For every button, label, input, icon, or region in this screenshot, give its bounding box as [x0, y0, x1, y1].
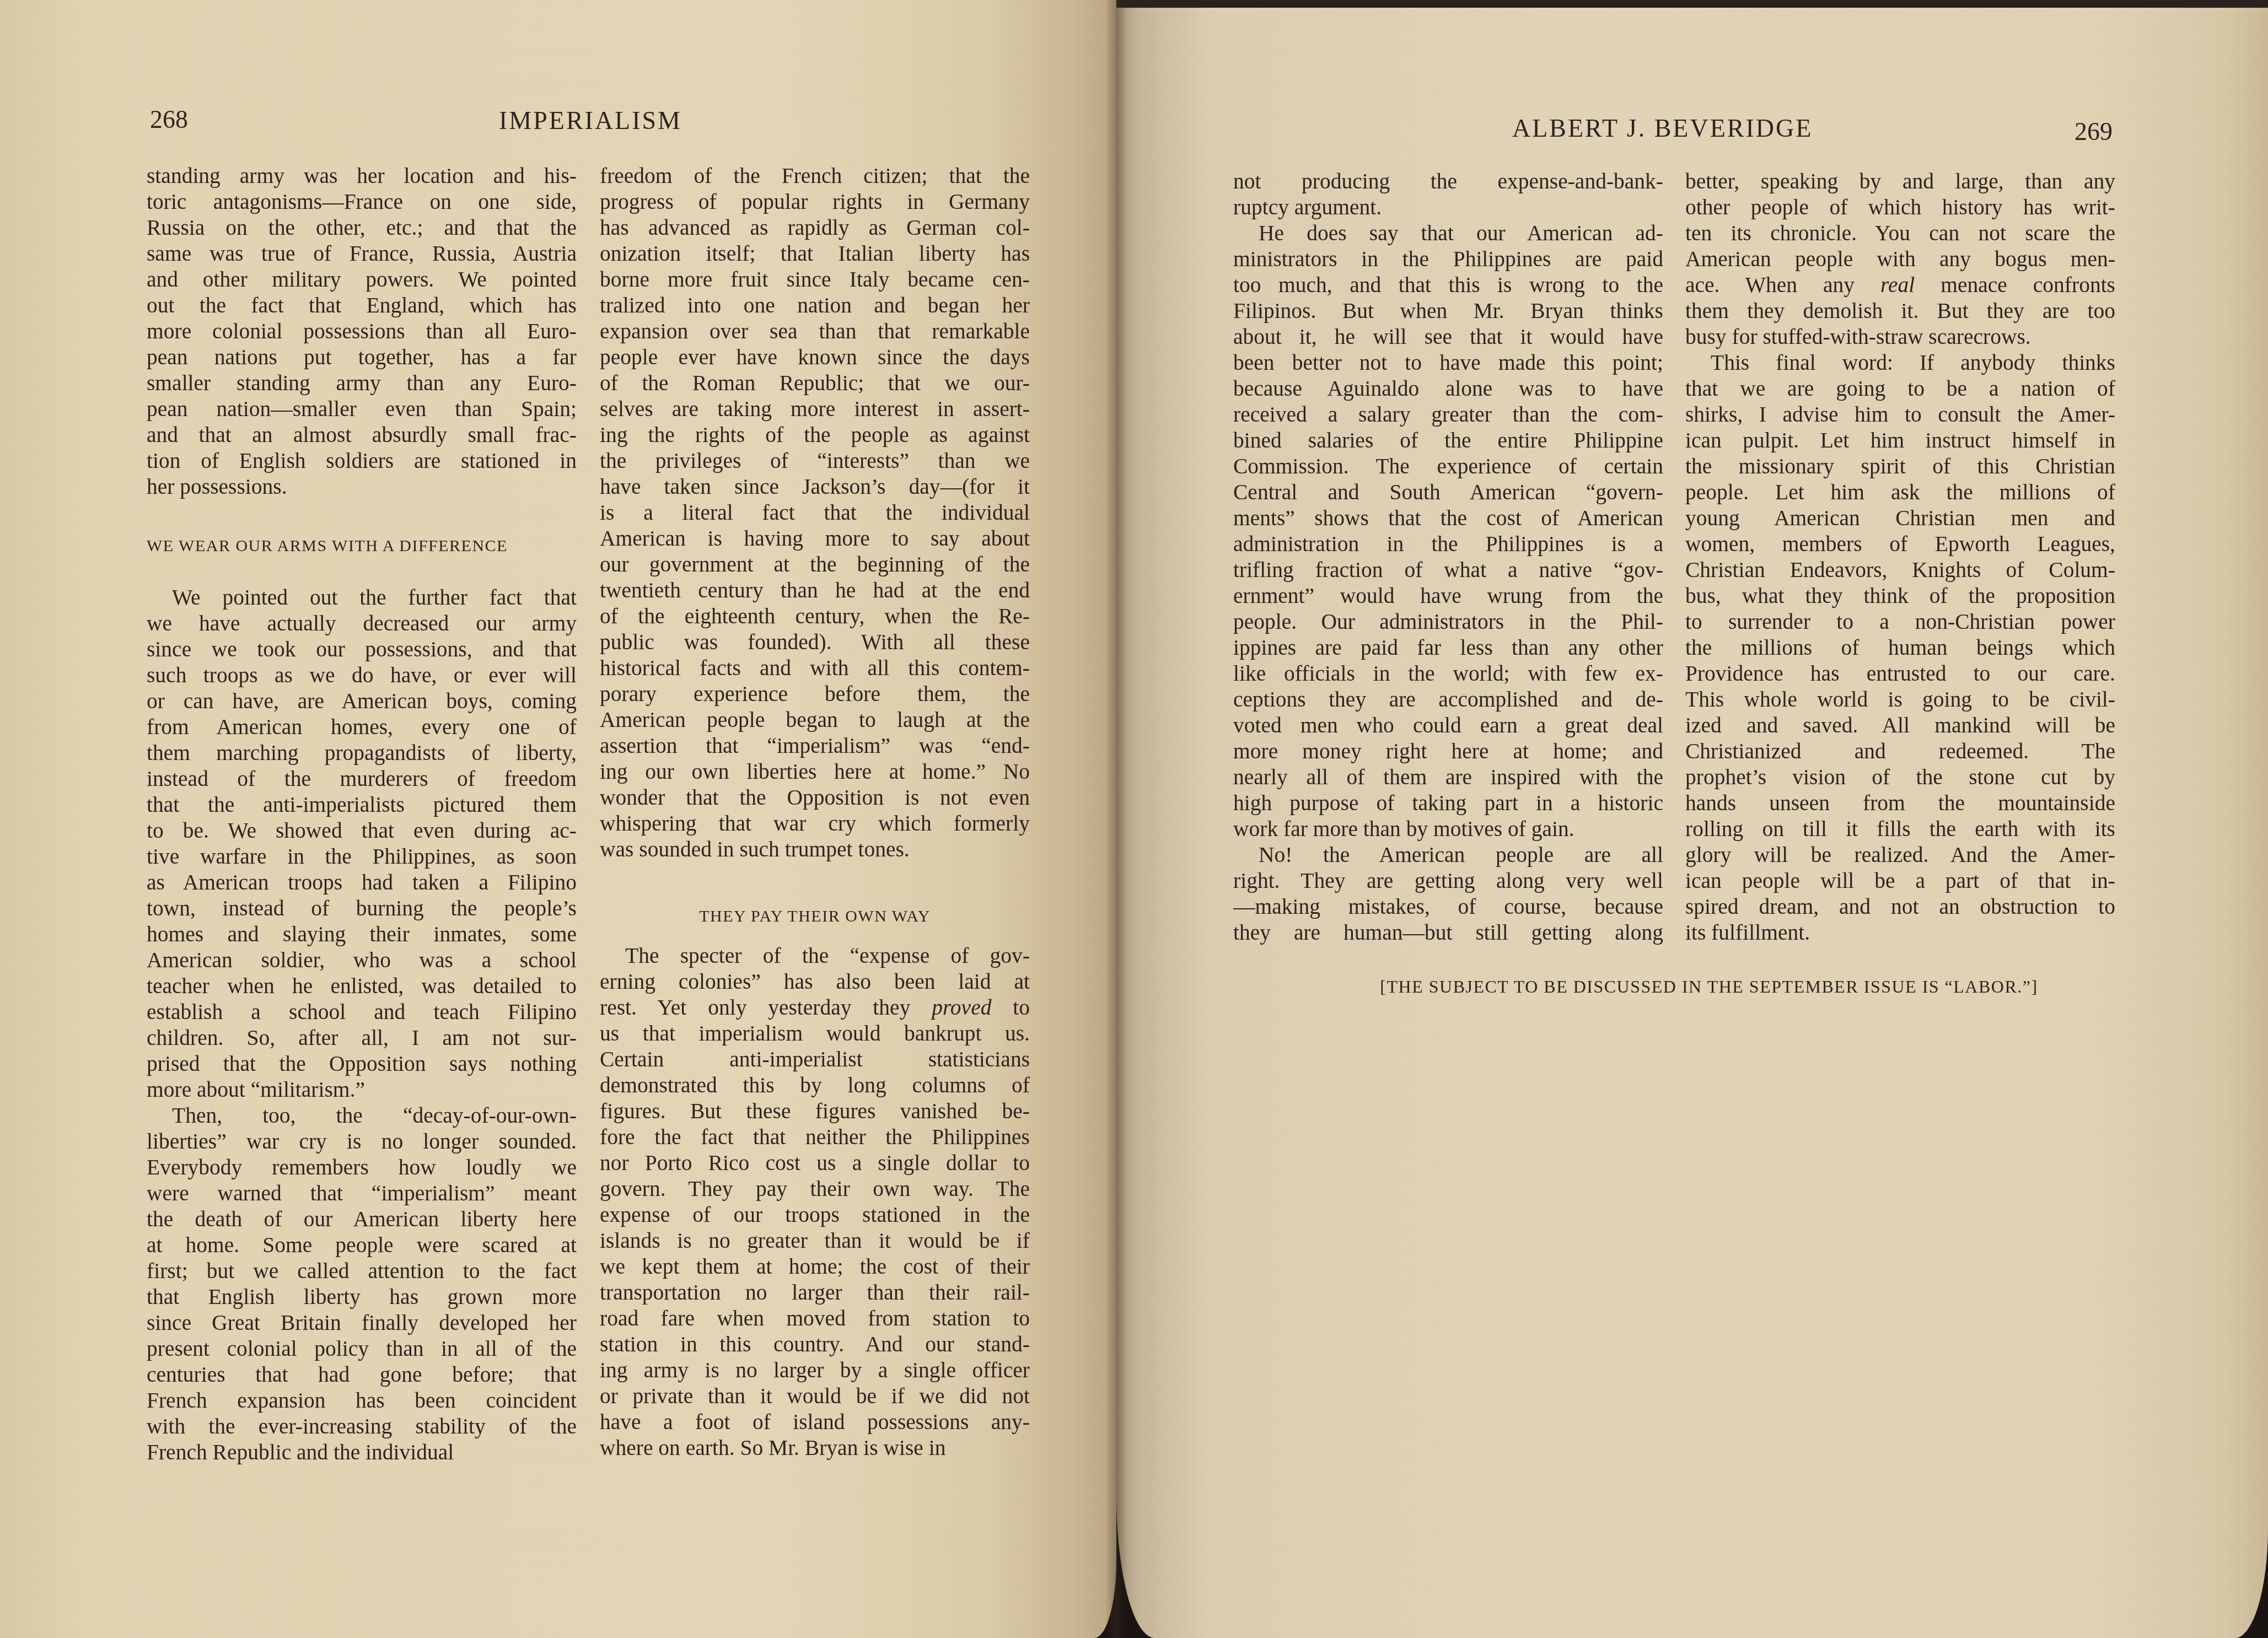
- text-line: administration in the Philippines is a: [1233, 531, 1663, 557]
- text-line: Christian Endeavors, Knights of Colum-: [1685, 557, 2115, 583]
- text-line: young American Christian men and: [1685, 505, 2115, 531]
- text-line: glory will be realized. And the Amer-: [1685, 842, 2115, 868]
- text-line: historical facts and with all this conte…: [600, 655, 1030, 681]
- text-line: islands is no greater than it would be i…: [600, 1228, 1030, 1254]
- text-line: He does say that our American ad-: [1233, 220, 1663, 246]
- text-line: have a foot of island possessions any-: [600, 1409, 1030, 1435]
- text-line: The specter of the “expense of gov-: [600, 943, 1030, 969]
- text-line: expense of our troops stationed in the: [600, 1202, 1030, 1228]
- text-line: more colonial possessions than all Euro-: [147, 319, 577, 344]
- text-line: ican pulpit. Let him instruct himself in: [1685, 428, 2115, 454]
- text-line: is a literal fact that the individual: [600, 500, 1030, 526]
- text-line: prophet’s vision of the stone cut by: [1685, 764, 2115, 790]
- text-line: ace. When any real menace confronts: [1685, 272, 2115, 298]
- text-line: about it, he will see that it would have: [1233, 324, 1663, 350]
- text-line: the missionary spirit of this Christian: [1685, 454, 2115, 479]
- section-heading: WE WEAR OUR ARMS WITH A DIFFERENCE: [147, 535, 577, 557]
- text-line: assertion that “imperialism” was “end-: [600, 733, 1030, 759]
- text-line: we have actually decreased our army: [147, 611, 577, 637]
- text-line: from American homes, every one of: [147, 714, 577, 740]
- text-line: voted men who could earn a great deal: [1233, 713, 1663, 739]
- text-line: its fulfillment.: [1685, 920, 2115, 946]
- text-line: Then, too, the “decay-of-our-own-: [147, 1103, 577, 1129]
- text-line: smaller standing army than any Euro-: [147, 370, 577, 396]
- text-line: as American troops had taken a Filipino: [147, 870, 577, 896]
- text-line: to be. We showed that even during ac-: [147, 818, 577, 844]
- text-line: establish a school and teach Filipino: [147, 999, 577, 1025]
- text-line: freedom of the French citizen; that the: [600, 163, 1030, 189]
- text-line: such troops as we do have, or ever will: [147, 662, 577, 688]
- text-line: people. Let him ask the millions of: [1685, 479, 2115, 505]
- text-line: shirks, I advise him to consult the Amer…: [1685, 402, 2115, 428]
- text-line: Christianized and redeemed. The: [1685, 739, 2115, 764]
- text-line: of the eighteenth century, when the Re-: [600, 604, 1030, 629]
- paragraph: We pointed out the further fact thatwe h…: [147, 585, 577, 1103]
- text-line: were warned that “imperialism” meant: [147, 1181, 577, 1206]
- text-line: ceptions they are accomplished and de-: [1233, 687, 1663, 713]
- text-line: not producing the expense-and-bank-: [1233, 169, 1663, 195]
- text-line: out the fact that England, which has: [147, 293, 577, 319]
- text-line: since we took our possessions, and that: [147, 637, 577, 662]
- text-line: This final word: If anybody thinks: [1685, 350, 2115, 376]
- text-line: has advanced as rapidly as German col-: [600, 215, 1030, 241]
- paragraph: better, speaking by and large, than anyo…: [1685, 169, 2115, 350]
- text-line: ministrators in the Philippines are paid: [1233, 246, 1663, 272]
- text-line: American people began to laugh at the: [600, 707, 1030, 733]
- text-line: pean nations put together, has a far: [147, 344, 577, 370]
- text-line: nor Porto Rico cost us a single dollar t…: [600, 1150, 1030, 1176]
- text-line: ruptcy argument.: [1233, 195, 1663, 220]
- text-line: station in this country. And our stand-: [600, 1332, 1030, 1357]
- left-page-column-2: freedom of the French citizen; that thep…: [600, 163, 1030, 1461]
- text-line: received a salary greater than the com-: [1233, 402, 1663, 428]
- text-line: people. Our administrators in the Phil-: [1233, 609, 1663, 635]
- text-line: we kept them at home; the cost of their: [600, 1254, 1030, 1280]
- paragraph: Then, too, the “decay-of-our-own-liberti…: [147, 1103, 577, 1465]
- emphasized-word: proved: [932, 995, 991, 1020]
- text-line: women, members of Epworth Leagues,: [1685, 531, 2115, 557]
- text-line: porary experience before them, the: [600, 681, 1030, 707]
- text-line: with the ever-increasing stability of th…: [147, 1414, 577, 1440]
- text-line: twentieth century than he had at the end: [600, 578, 1030, 604]
- text-line: tralized into one nation and began her: [600, 293, 1030, 319]
- text-line: children. So, after all, I am not sur-: [147, 1025, 577, 1051]
- text-line: hands unseen from the mountainside: [1685, 790, 2115, 816]
- text-line: We pointed out the further fact that: [147, 585, 577, 611]
- text-line: the privileges of “interests” than we: [600, 448, 1030, 474]
- text-line: Filipinos. But when Mr. Bryan thinks: [1233, 298, 1663, 324]
- paragraph: This final word: If anybody thinksthat w…: [1685, 350, 2115, 946]
- text-line: or private than it would be if we did no…: [600, 1383, 1030, 1409]
- text-line: like officials in the world; with few ex…: [1233, 661, 1663, 687]
- next-issue-note: [THE SUBJECT TO BE DISCUSSED IN THE SEPT…: [1287, 976, 2131, 998]
- text-line: that English liberty has grown more: [147, 1284, 577, 1310]
- text-line: the millions of human beings which: [1685, 635, 2115, 661]
- text-line: Certain anti-imperialist statisticians: [600, 1047, 1030, 1073]
- text-line: Commission. The experience of certain: [1233, 454, 1663, 479]
- text-line: more about “militarism.”: [147, 1077, 577, 1103]
- text-line: public was founded). With all these: [600, 629, 1030, 655]
- text-line: ing army is no larger by a single office…: [600, 1357, 1030, 1383]
- text-line: more money right here at home; and: [1233, 739, 1663, 764]
- text-line: rest. Yet only yesterday they proved to: [600, 995, 1030, 1021]
- text-line: road fare when moved from station to: [600, 1306, 1030, 1332]
- text-line: rolling on till it fills the earth with …: [1685, 816, 2115, 842]
- text-line: and other military powers. We pointed: [147, 267, 577, 293]
- right-page-column-1: not producing the expense-and-bank-ruptc…: [1233, 169, 1663, 946]
- text-line: work far more than by motives of gain.: [1233, 816, 1663, 842]
- text-line: to surrender to a non-Christian power: [1685, 609, 2115, 635]
- text-line: instead of the murderers of freedom: [147, 766, 577, 792]
- text-line: standing army was her location and his-: [147, 163, 577, 189]
- text-line: Providence has entrusted to our care.: [1685, 661, 2115, 687]
- text-line: figures. But these figures vanished be-: [600, 1098, 1030, 1124]
- right-page-column-2: better, speaking by and large, than anyo…: [1685, 169, 2115, 946]
- text-line: bined salaries of the entire Philippine: [1233, 428, 1663, 454]
- paragraph: No! the American people are allright. Th…: [1233, 842, 1663, 946]
- text-line: centuries that had gone before; that: [147, 1362, 577, 1388]
- left-page-column-1: standing army was her location and his-t…: [147, 163, 577, 1465]
- section-heading: THEY PAY THEIR OWN WAY: [600, 906, 1030, 928]
- text-line: liberties” war cry is no longer sounded.: [147, 1129, 577, 1155]
- text-line: high purpose of taking part in a histori…: [1233, 790, 1663, 816]
- text-line: better, speaking by and large, than any: [1685, 169, 2115, 195]
- text-line: people ever have known since the days: [600, 344, 1030, 370]
- text-line: them they demolish it. But they are too: [1685, 298, 2115, 324]
- running-head-right: ALBERT J. BEVERIDGE: [1512, 114, 1813, 143]
- text-line: that we are going to be a nation of: [1685, 376, 2115, 402]
- paragraph: not producing the expense-and-bank-ruptc…: [1233, 169, 1663, 220]
- text-line: too much, and that this is wrong to the: [1233, 272, 1663, 298]
- text-line: ized and saved. All mankind will be: [1685, 713, 2115, 739]
- text-line: ments” shows that the cost of American: [1233, 505, 1663, 531]
- text-line: tion of English soldiers are stationed i…: [147, 448, 577, 474]
- text-line: trifling fraction of what a native “gov-: [1233, 557, 1663, 583]
- text-line: toric antagonisms—France on one side,: [147, 189, 577, 215]
- running-head-left: IMPERIALISM: [499, 106, 682, 135]
- text-line: because Aguinaldo alone was to have: [1233, 376, 1663, 402]
- page-number-left: 268: [150, 105, 188, 134]
- text-line: our government at the beginning of the: [600, 552, 1030, 578]
- text-line: ing our own liberties here at home.” No: [600, 759, 1030, 785]
- text-line: nearly all of them are inspired with the: [1233, 764, 1663, 790]
- text-line: us that imperialism would bankrupt us.: [600, 1021, 1030, 1047]
- text-line: spired dream, and not an obstruction to: [1685, 894, 2115, 920]
- text-line: bus, what they think of the proposition: [1685, 583, 2115, 609]
- text-line: onization itself; that Italian liberty h…: [600, 241, 1030, 267]
- text-line: that the anti-imperialists pictured them: [147, 792, 577, 818]
- text-line: French expansion has been coincident: [147, 1388, 577, 1414]
- text-line: ernment” would have wrung from the: [1233, 583, 1663, 609]
- text-line: American people with any bogus men-: [1685, 246, 2115, 272]
- text-line: govern. They pay their own way. The: [600, 1176, 1030, 1202]
- text-line: borne more fruit since Italy became cen-: [600, 267, 1030, 293]
- text-line: and that an almost absurdly small frac-: [147, 422, 577, 448]
- text-line: where on earth. So Mr. Bryan is wise in: [600, 1435, 1030, 1461]
- right-page: ALBERT J. BEVERIDGE 269 not producing th…: [1116, 0, 2268, 1638]
- text-line: first; but we called attention to the fa…: [147, 1258, 577, 1284]
- text-line: or can have, are American boys, coming: [147, 688, 577, 714]
- text-line: busy for stuffed-with-straw scarecrows.: [1685, 324, 2115, 350]
- text-line: Everybody remembers how loudly we: [147, 1155, 577, 1181]
- text-line: homes and slaying their inmates, some: [147, 922, 577, 947]
- text-line: they are human—but still getting along: [1233, 920, 1663, 946]
- text-line: fore the fact that neither the Philippin…: [600, 1124, 1030, 1150]
- text-line: pean nation—smaller even than Spain;: [147, 396, 577, 422]
- text-line: ippines are paid far less than any other: [1233, 635, 1663, 661]
- text-line: same was true of France, Russia, Austria: [147, 241, 577, 267]
- text-line: This whole world is going to be civil-: [1685, 687, 2115, 713]
- text-line: prised that the Opposition says nothing: [147, 1051, 577, 1077]
- text-line: whispering that war cry which formerly: [600, 811, 1030, 837]
- paragraph: He does say that our American ad-ministr…: [1233, 220, 1663, 842]
- text-line: American is having more to say about: [600, 526, 1030, 552]
- text-line: Russia on the other, etc.; and that the: [147, 215, 577, 241]
- text-line: other people of which history has writ-: [1685, 195, 2115, 220]
- paragraph: freedom of the French citizen; that thep…: [600, 163, 1030, 863]
- text-line: American soldier, who was a school: [147, 947, 577, 973]
- text-line: wonder that the Opposition is not even: [600, 785, 1030, 811]
- text-line: demonstrated this by long columns of: [600, 1073, 1030, 1098]
- emphasized-word: real: [1880, 273, 1915, 297]
- text-line: have taken since Jackson’s day—(for it: [600, 474, 1030, 500]
- left-page: 268 IMPERIALISM standing army was her lo…: [0, 0, 1116, 1638]
- text-line: transportation no larger than their rail…: [600, 1280, 1030, 1306]
- text-line: present colonial policy than in all of t…: [147, 1336, 577, 1362]
- text-line: expansion over sea than that remarkable: [600, 319, 1030, 344]
- text-line: Central and South American “govern-: [1233, 479, 1663, 505]
- text-line: tive warfare in the Philippines, as soon: [147, 844, 577, 870]
- text-line: erning colonies” has also been laid at: [600, 969, 1030, 995]
- text-line: progress of popular rights in Germany: [600, 189, 1030, 215]
- paragraph: The specter of the “expense of gov-ernin…: [600, 943, 1030, 1461]
- text-line: town, instead of burning the people’s: [147, 896, 577, 922]
- text-line: the death of our American liberty here: [147, 1206, 577, 1232]
- text-line: selves are taking more interest in asser…: [600, 396, 1030, 422]
- paragraph: standing army was her location and his-t…: [147, 163, 577, 500]
- text-line: them marching propagandists of liberty,: [147, 740, 577, 766]
- text-line: No! the American people are all: [1233, 842, 1663, 868]
- page-number-right: 269: [2074, 117, 2113, 146]
- text-line: was sounded in such trumpet tones.: [600, 837, 1030, 863]
- text-line: right. They are getting along very well: [1233, 868, 1663, 894]
- text-line: of the Roman Republic; that we our-: [600, 370, 1030, 396]
- text-line: her possessions.: [147, 474, 577, 500]
- text-line: ten its chronicle. You can not scare the: [1685, 220, 2115, 246]
- text-line: since Great Britain finally developed he…: [147, 1310, 577, 1336]
- text-line: at home. Some people were scared at: [147, 1232, 577, 1258]
- text-line: been better not to have made this point;: [1233, 350, 1663, 376]
- text-line: French Republic and the individual: [147, 1440, 577, 1465]
- text-line: —making mistakes, of course, because: [1233, 894, 1663, 920]
- text-line: ing the rights of the people as against: [600, 422, 1030, 448]
- text-line: teacher when he enlisted, was detailed t…: [147, 973, 577, 999]
- text-line: ican people will be a part of that in-: [1685, 868, 2115, 894]
